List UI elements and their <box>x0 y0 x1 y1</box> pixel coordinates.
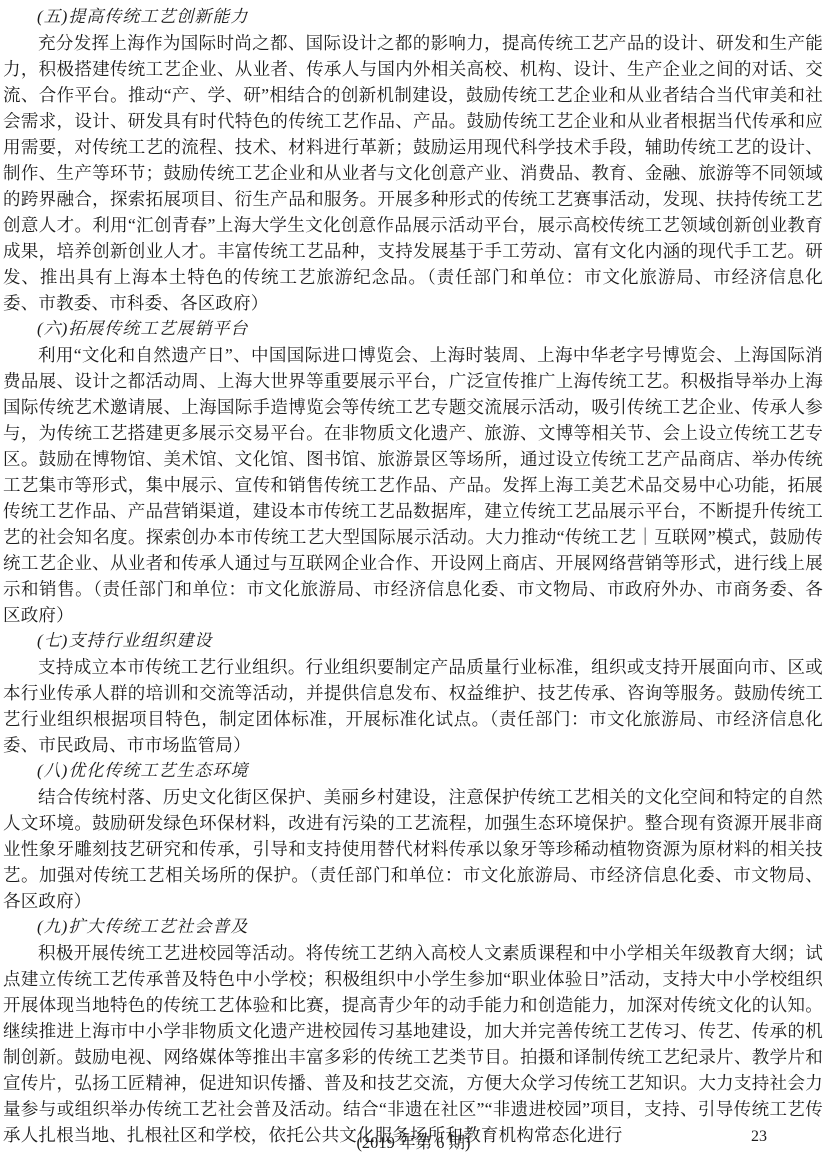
section-6: (六)拓展传统工艺展销平台 利用“文化和自然遗产日”、中国国际进口博览会、上海时… <box>3 316 823 628</box>
section-5: (五)提高传统工艺创新能力 充分发挥上海作为国际时尚之都、国际设计之都的影响力，… <box>3 4 823 316</box>
section-heading: (六)拓展传统工艺展销平台 <box>3 316 823 342</box>
document-page: (五)提高传统工艺创新能力 充分发挥上海作为国际时尚之都、国际设计之都的影响力，… <box>0 0 827 1170</box>
section-heading: (九)扩大传统工艺社会普及 <box>3 914 823 940</box>
page-footer: (2019 年第 6 期) 23 <box>0 1130 827 1156</box>
section-heading: (七)支持行业组织建设 <box>3 628 823 654</box>
section-7: (七)支持行业组织建设 支持成立本市传统工艺行业组织。行业组织要制定产品质量行业… <box>3 628 823 758</box>
section-paragraph: 充分发挥上海作为国际时尚之都、国际设计之都的影响力，提高传统工艺产品的设计、研发… <box>3 30 823 316</box>
section-heading: (八)优化传统工艺生态环境 <box>3 758 823 784</box>
section-paragraph: 利用“文化和自然遗产日”、中国国际进口博览会、上海时装周、上海中华老字号博览会、… <box>3 342 823 628</box>
page-number: 23 <box>751 1124 767 1150</box>
section-heading: (五)提高传统工艺创新能力 <box>3 4 823 30</box>
section-9: (九)扩大传统工艺社会普及 积极开展传统工艺进校园等活动。将传统工艺纳入高校人文… <box>3 914 823 1148</box>
section-paragraph: 支持成立本市传统工艺行业组织。行业组织要制定产品质量行业标准，组织或支持开展面向… <box>3 654 823 758</box>
section-paragraph: 结合传统村落、历史文化街区保护、美丽乡村建设，注意保护传统工艺相关的文化空间和特… <box>3 784 823 914</box>
section-8: (八)优化传统工艺生态环境 结合传统村落、历史文化街区保护、美丽乡村建设，注意保… <box>3 758 823 914</box>
document-content: (五)提高传统工艺创新能力 充分发挥上海作为国际时尚之都、国际设计之都的影响力，… <box>0 0 827 1148</box>
journal-issue: (2019 年第 6 期) <box>0 1130 827 1156</box>
section-paragraph: 积极开展传统工艺进校园等活动。将传统工艺纳入高校人文素质课程和中小学相关年级教育… <box>3 940 823 1148</box>
